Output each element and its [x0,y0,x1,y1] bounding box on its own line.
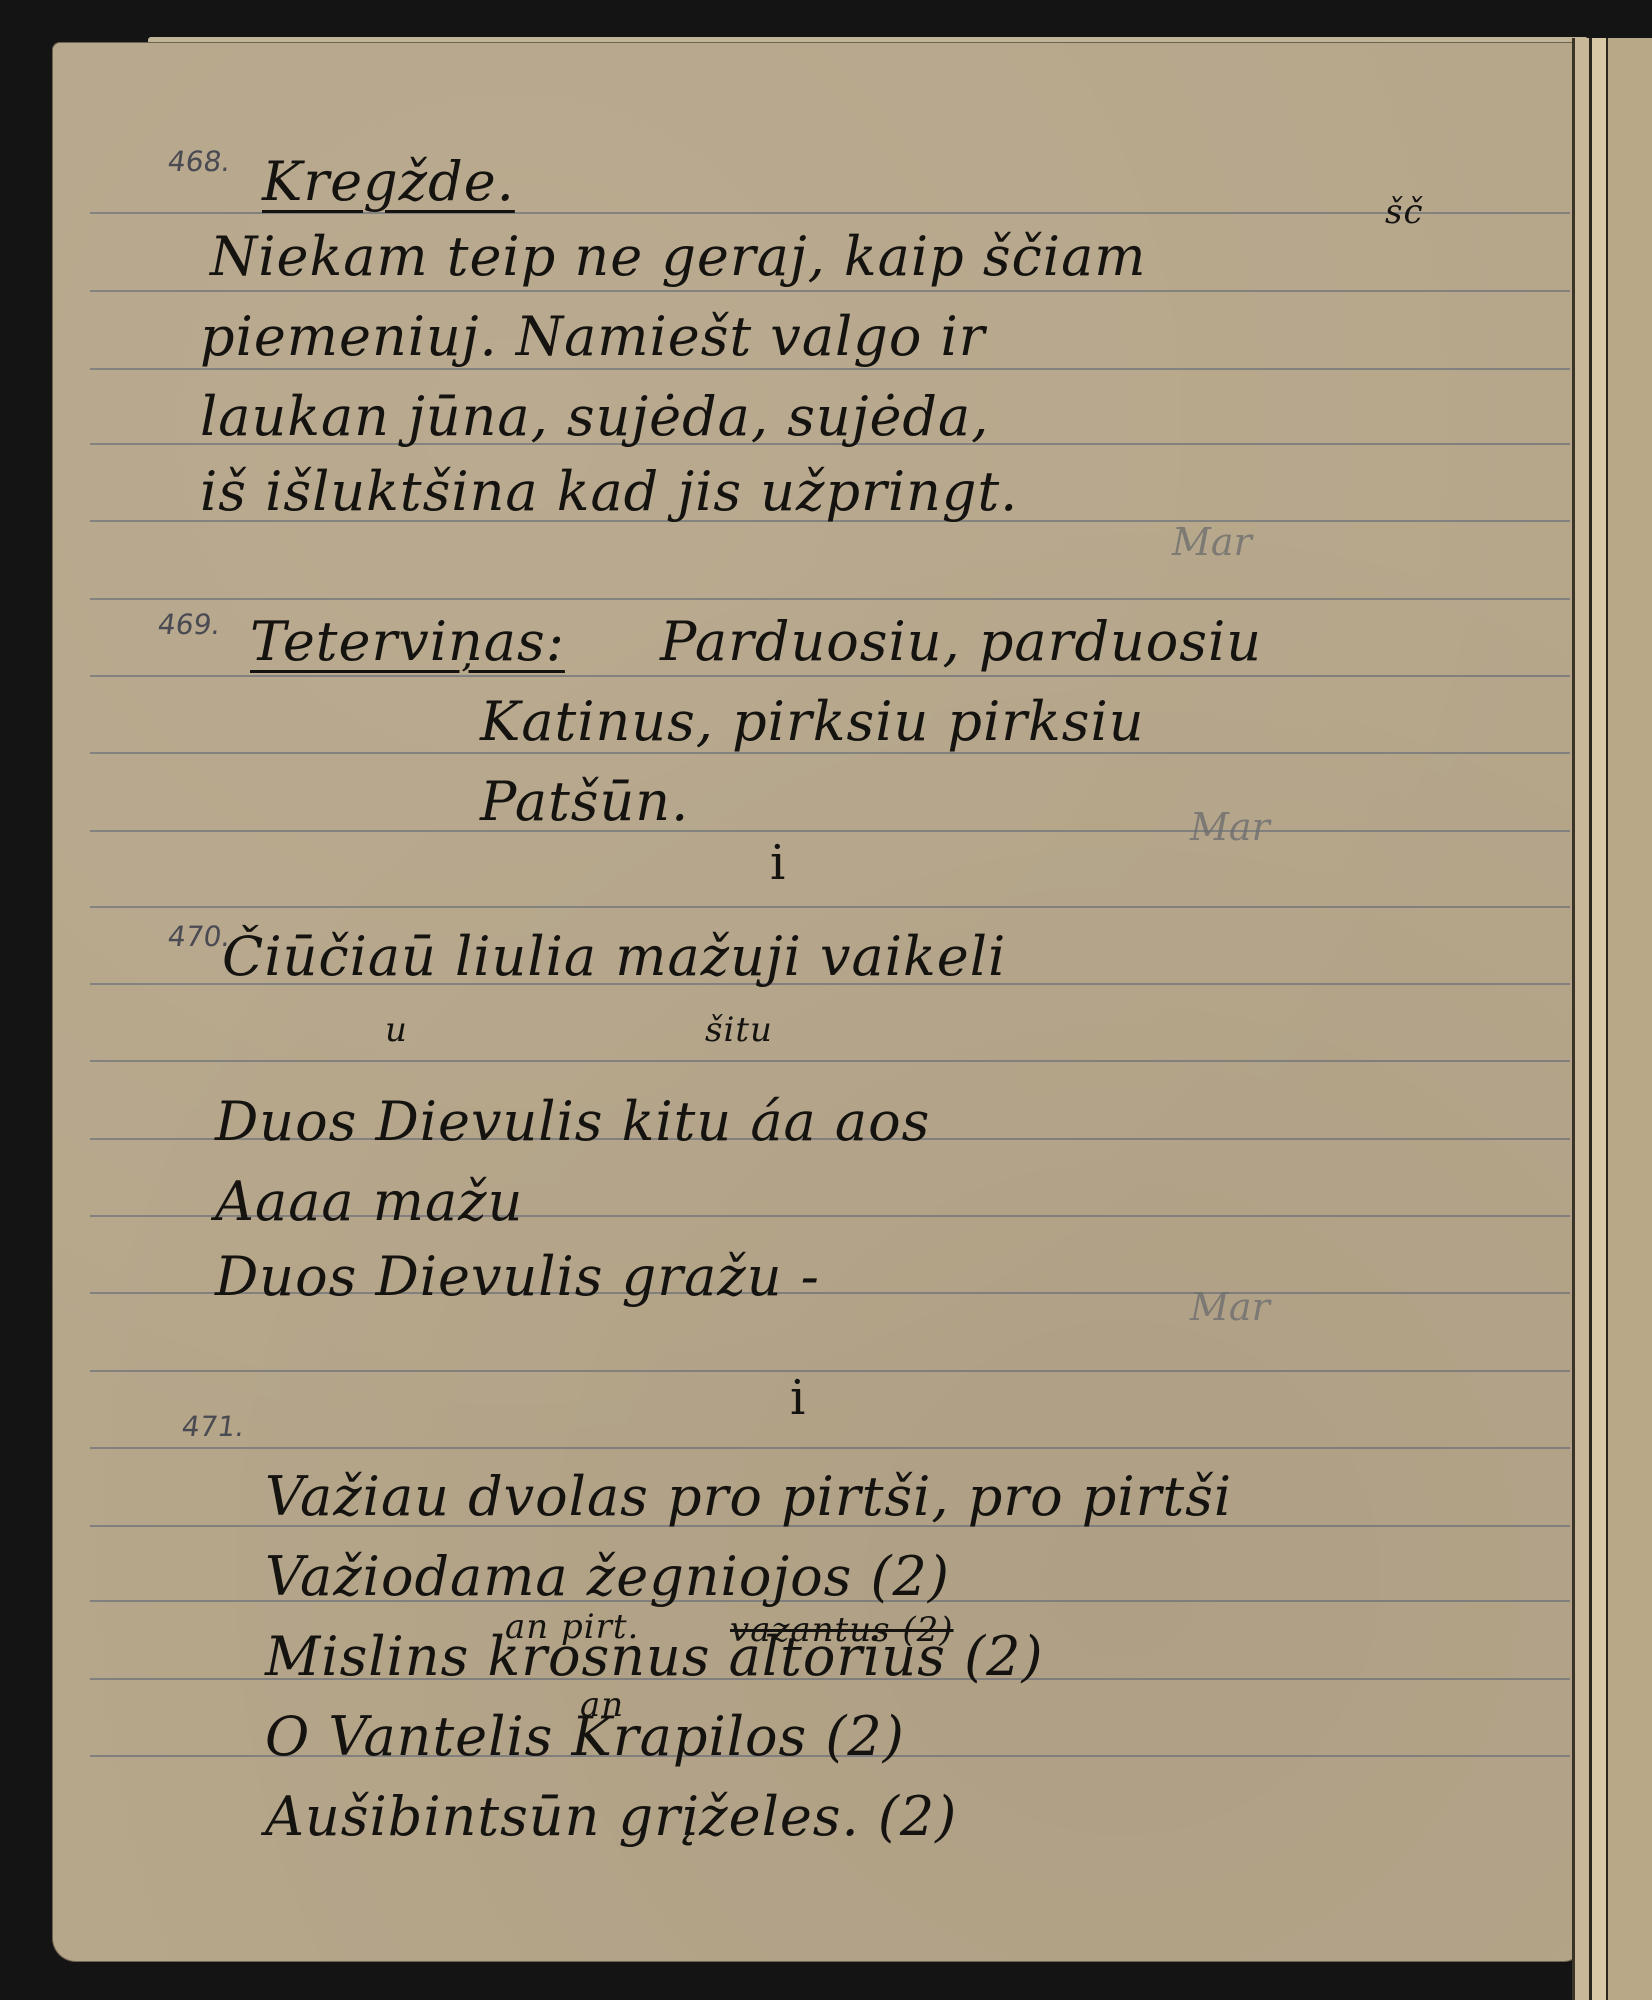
ruled-line [90,1060,1570,1062]
text-line: Niekam teip ne geraj, kaip ščiam [210,225,1146,288]
collector-mark: Mar [1172,520,1252,564]
section-separator: i [770,835,785,891]
text-line: Čiūčiaū liulia mažuji vaikeli [222,925,1006,988]
section-separator: i [790,1370,805,1426]
text-line: Važiodama žegniojos (2) [265,1545,950,1608]
binding-strip [1589,38,1609,2000]
text-line: iš išluktšina kad jis užpringt. [200,460,1018,523]
text-line: Parduosiu, parduosiu [660,610,1262,673]
text-line: O Vantelis Krapilos (2) [265,1705,905,1768]
ruled-line [90,368,1570,370]
next-page-edge [1608,38,1652,2000]
ruled-line [90,830,1570,832]
text-line: piemeniuj. Namiešt valgo ir [200,305,986,368]
ruled-line [90,1370,1570,1372]
interlinear-note: u [385,1010,408,1050]
text-line: Patšūn. [480,770,689,833]
text-line: Duos Dievulis gražu - [215,1245,820,1308]
text-line: Važiau dvolas pro pirtši, pro pirtši [265,1465,1232,1528]
text-line: Aaaa mažu [215,1170,523,1233]
text-line: laukan jūna, sujėda, sujėda, [200,385,989,448]
collector-mark: Mar [1190,805,1270,849]
collector-mark: Mar [1190,1285,1270,1329]
binding-strip [1572,38,1589,2000]
text-line: Duos Dievulis kitu áa aos [215,1090,930,1153]
text-line: Aušibintsūn grįželes. (2) [265,1785,957,1848]
entry-number: 471. [180,1410,247,1443]
ruled-line [90,290,1570,292]
entry-title: Kregžde. [262,150,515,213]
ruled-line [90,906,1570,908]
ruled-line [90,675,1570,677]
entry-number: 469. [156,608,223,641]
text-line: Mislins krosnus altorius (2) [265,1625,1044,1688]
ruled-line [90,598,1570,600]
ruled-line [90,1447,1570,1449]
entry-title: Teterviņas: [250,610,565,673]
text-line: Katinus, pirksiu pirksiu [480,690,1145,753]
interlinear-note: šč [1385,192,1424,232]
interlinear-note: šitu [705,1010,773,1050]
entry-number: 468. [166,145,233,178]
